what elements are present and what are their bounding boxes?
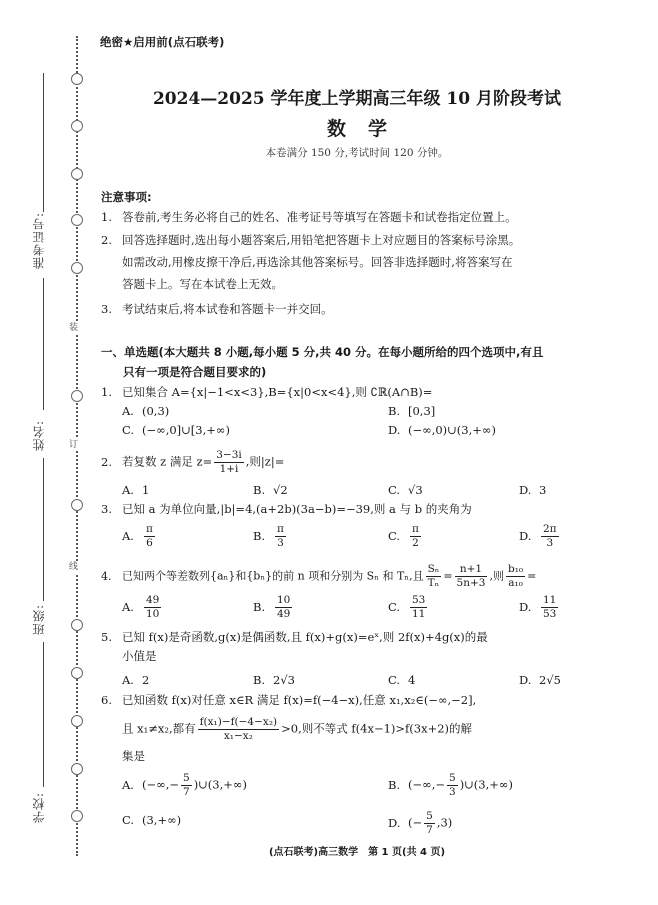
fill-line [43,278,44,410]
q6-option-a: A.(−∞,−57)∪(3,+∞) [122,772,247,799]
confidential-label: 绝密★启用前(点石联考) [100,34,224,50]
q6-option-d: D.(−57,3) [388,810,452,837]
label-school: 学校: [30,792,47,823]
question-5-cont: 小值是 [122,646,658,666]
fraction: 3−3i1+i [214,449,244,476]
binding-hole-icon [71,667,83,679]
q3-option-c: C.π2 [388,523,423,550]
question-6-cont2: 集是 [122,746,658,766]
q1-option-d: D.(−∞,0)∪(3,+∞) [388,420,496,440]
exam-title: 2024—2025 学年度上学期高三年级 10 月阶段考试 [0,84,658,109]
q1-option-c: C.(−∞,0]∪[3,+∞) [122,420,230,440]
label-class: 班级: [30,604,47,635]
page-footer: (点石联考)高三数学 第 1 页(共 4 页) [0,843,658,858]
question-2: 2.若复数 z 满足 z=3−3i1+i,则|z|= [101,449,651,476]
binding-hole-icon [71,619,83,631]
section-heading: 一、单选题(本大题共 8 小题,每小题 5 分,共 40 分。在每小题所给的四个… [101,342,646,382]
binding-char-ding: 订 [69,439,78,451]
binding-char-xian: 线 [69,561,78,573]
binding-hole-icon [71,763,83,775]
q1-option-b: B.[0,3] [388,401,435,421]
binding-hole-icon [71,499,83,511]
exam-page: 装 订 线 准考证号: 姓名: 班级: 学校: 绝密★启用前(点石联考) 202… [0,0,658,905]
q5-option-c: C.4 [388,670,415,690]
binding-hole-icon [71,810,83,822]
fill-line [43,642,44,787]
binding-hole-icon [71,390,83,402]
question-1: 1.已知集合 A={x|−1<x<3},B={x|0<x<4},则 ∁ℝ(A∩B… [101,382,651,402]
binding-hole-icon [71,168,83,180]
label-name: 姓名: [30,420,47,451]
q4-option-c: C.5311 [388,594,429,621]
q6-option-c: C.(3,+∞) [122,810,181,830]
binding-char-zhuang: 装 [69,322,78,334]
q2-option-b: B.√2 [253,480,288,500]
binding-hole-icon [71,715,83,727]
notice-heading: 注意事项: [101,189,152,205]
binding-hole-icon [71,214,83,226]
q2-option-d: D.3 [519,480,546,500]
q4-option-a: A.4910 [122,594,163,621]
question-6: 6.已知函数 f(x)对任意 x∈R 满足 f(x)=f(−4−x),任意 x₁… [101,690,651,710]
q2-option-c: C.√3 [388,480,423,500]
notice-item-1: 1.答卷前,考生务必将自己的姓名、准考证号等填写在答题卡和试卷指定位置上。 [101,206,646,228]
exam-info: 本卷满分 150 分,考试时间 120 分钟。 [0,145,658,160]
q4-option-b: B.1049 [253,594,294,621]
q3-option-d: D.2π3 [519,523,561,550]
q3-option-b: B.π3 [253,523,288,550]
q2-option-a: A.1 [122,480,149,500]
subject-title: 数学 [0,114,658,141]
binding-hole-icon [71,262,83,274]
notice-item-3: 3.考试结束后,将本试卷和答题卡一并交回。 [101,298,646,320]
fill-line [43,458,44,601]
q5-option-b: B.2√3 [253,670,295,690]
q6-option-b: B.(−∞,−53)∪(3,+∞) [388,772,513,799]
q4-option-d: D.1153 [519,594,560,621]
label-admission-number: 准考证号: [30,212,47,269]
notice-item-2: 2.回答选择题时,选出每小题答案后,用铅笔把答题卡上对应题目的答案标号涂黑。 如… [101,229,646,295]
q5-option-a: A.2 [122,670,149,690]
q3-option-a: A.π6 [122,523,157,550]
question-6-cont: 且 x₁≠x₂,都有f(x₁)−f(−4−x₂)x₁−x₂>0,则不等式 f(4… [122,716,658,743]
q1-option-a: A.(0,3) [122,401,169,421]
question-4: 4.已知两个等差数列{aₙ}和{bₙ}的前 n 项和分别为 Sₙ 和 Tₙ,且S… [101,563,651,590]
question-3: 3.已知 a 为单位向量,|b|=4,(a+2b)(3a−b)=−39,则 a … [101,499,651,519]
q5-option-d: D.2√5 [519,670,561,690]
question-5: 5.已知 f(x)是奇函数,g(x)是偶函数,且 f(x)+g(x)=eˣ,则 … [101,627,651,647]
